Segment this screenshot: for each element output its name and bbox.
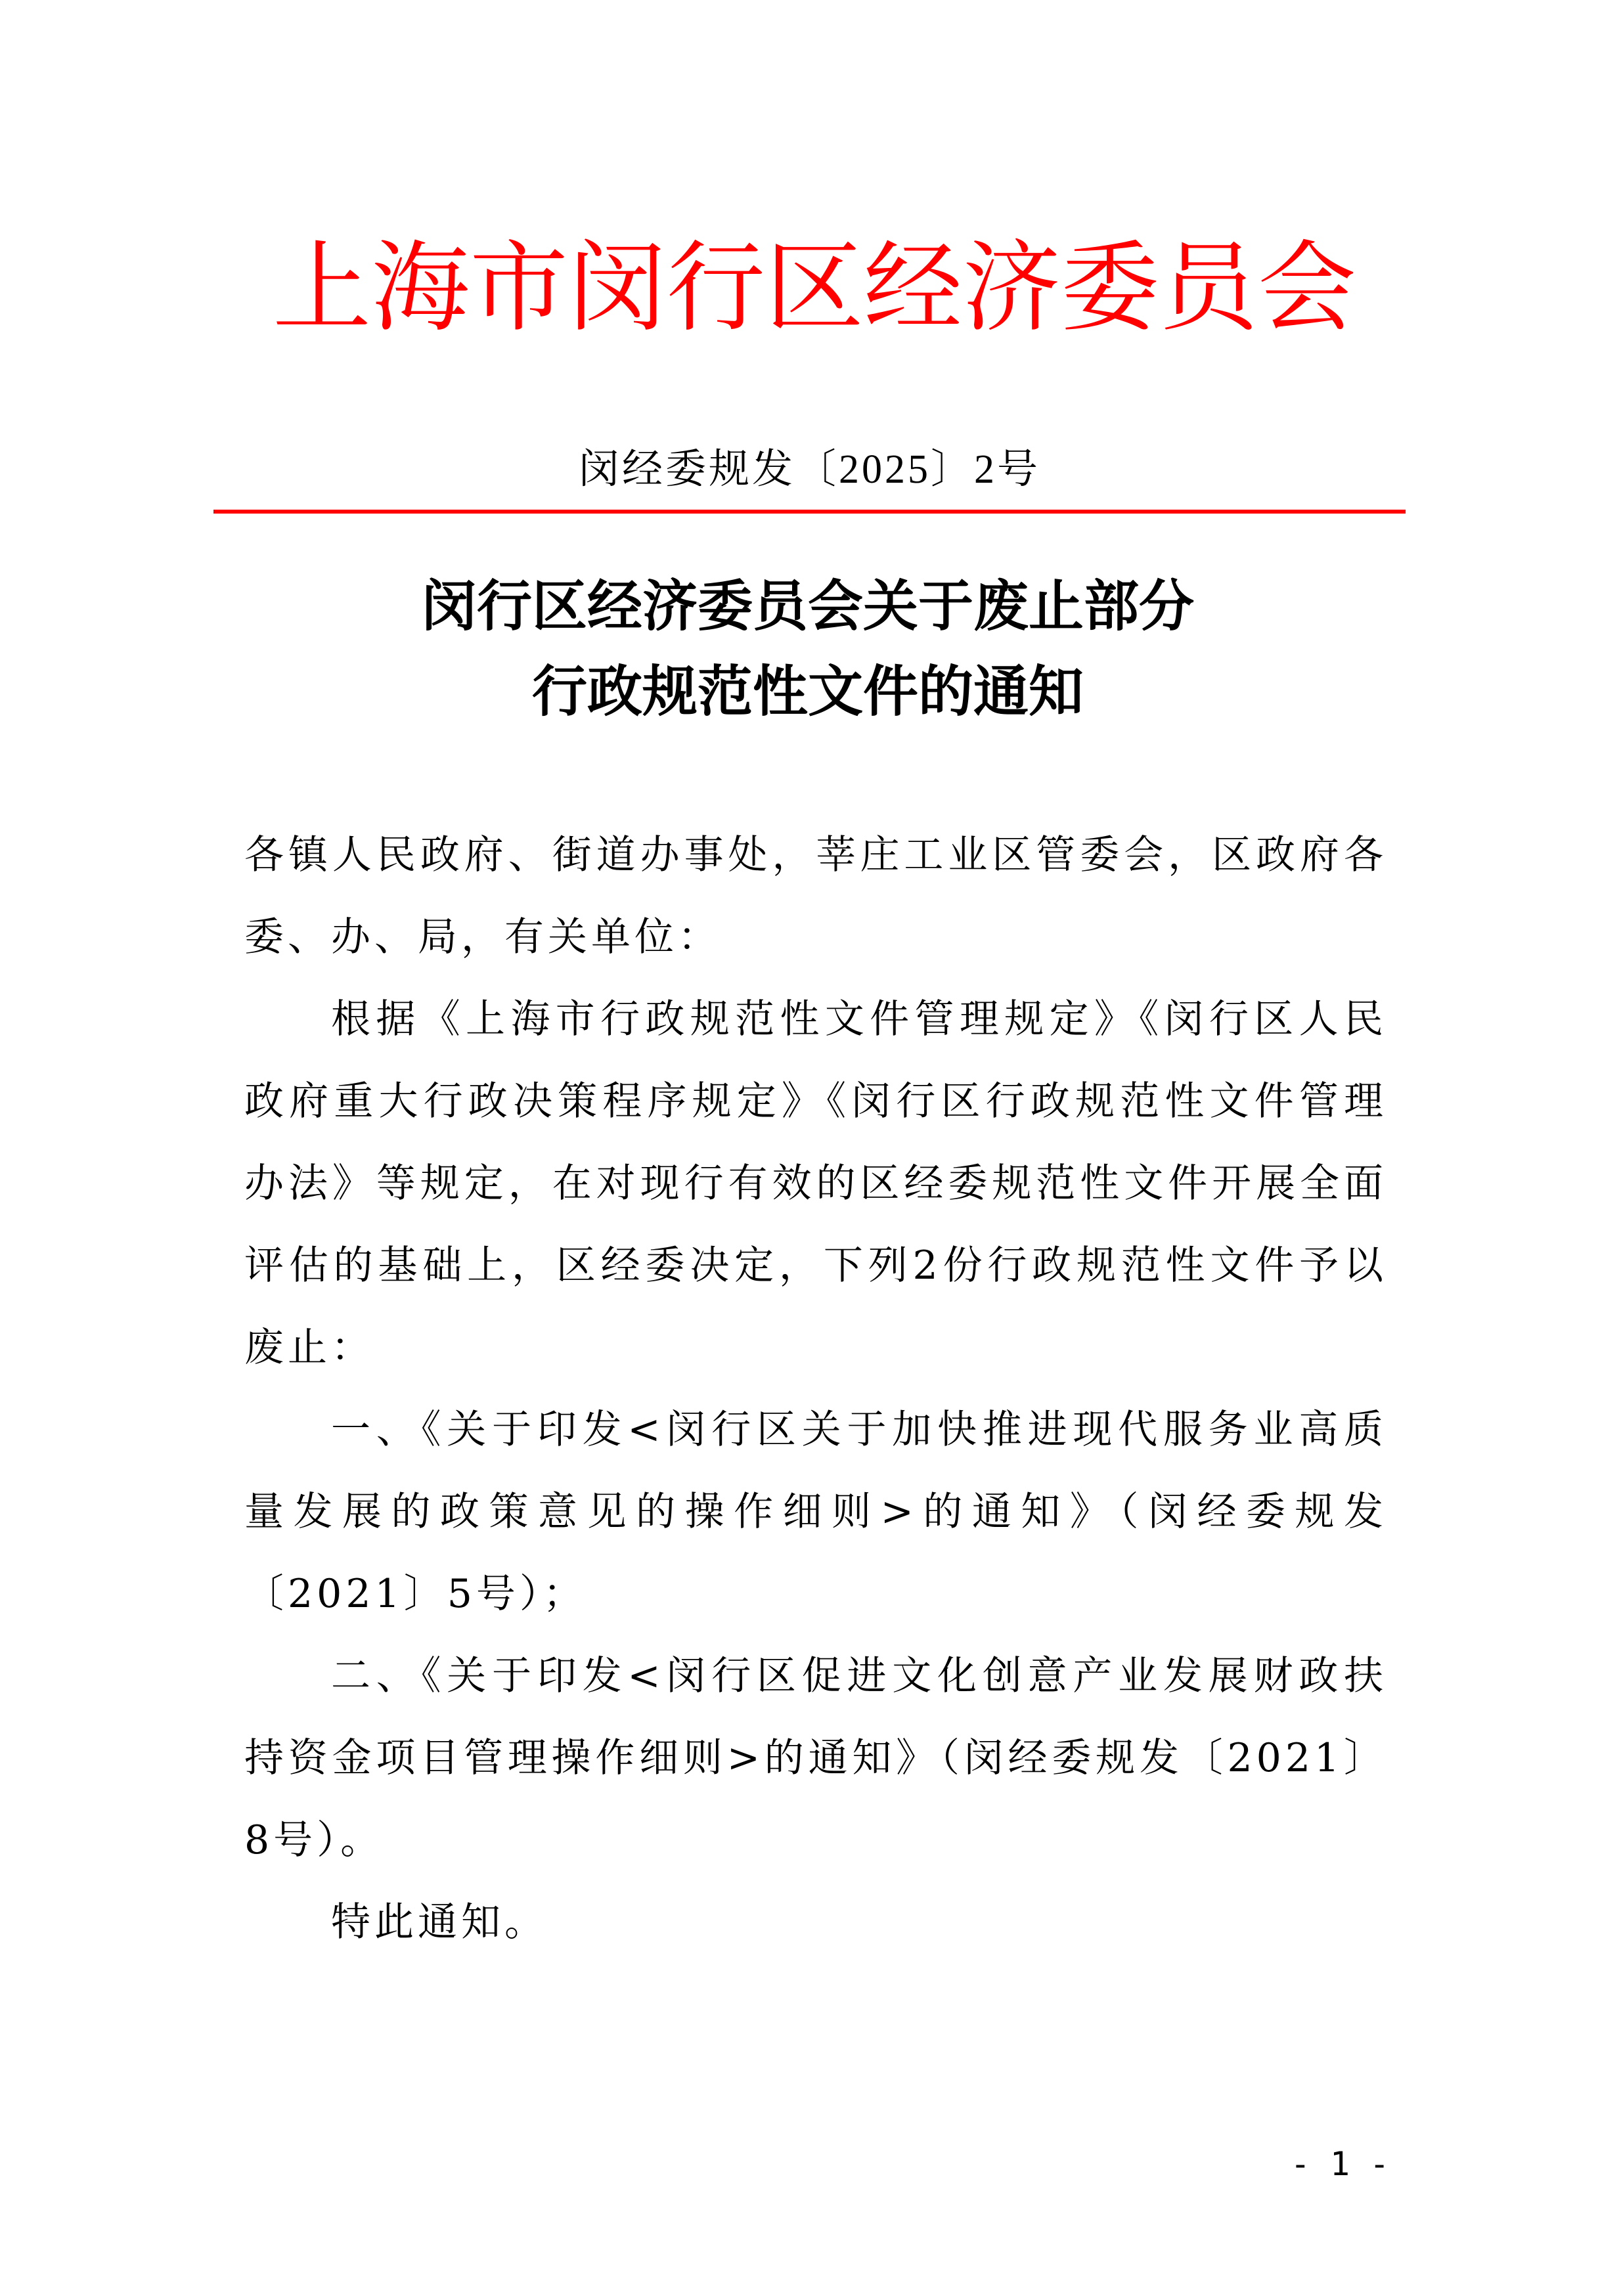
body-paragraph-item-1: 一、《关于印发<闵行区关于加快推进现代服务业高质量发展的政策意见的操作细则>的通… — [244, 1389, 1387, 1635]
title-line-2: 行政规范性文件的通知 — [217, 650, 1399, 736]
red-divider-line — [213, 510, 1406, 514]
body-paragraph-item-2: 二、《关于印发<闵行区促进文化创意产业发展财政扶持资金项目管理操作细则>的通知》… — [244, 1635, 1387, 1882]
body-paragraph-basis: 根据《上海市行政规范性文件管理规定》《闵行区人民政府重大行政决策程序规定》《闵行… — [244, 979, 1387, 1389]
body-paragraph-closing: 特此通知。 — [244, 1882, 1387, 1964]
issuer-masthead: 上海市闵行区经济委员会 — [243, 236, 1386, 342]
document-body: 各镇人民政府、街道办事处，莘庄工业区管委会，区政府各委、办、局，有关单位： 根据… — [244, 814, 1387, 1964]
addressee: 各镇人民政府、街道办事处，莘庄工业区管委会，区政府各委、办、局，有关单位： — [244, 814, 1387, 979]
document-page: 上海市闵行区经济委员会 闵经委规发〔2025〕2号 闵行区经济委员会关于废止部分… — [0, 0, 1621, 2296]
page-number: - 1 - — [1287, 2144, 1392, 2184]
title-line-1: 闵行区经济委员会关于废止部分 — [217, 565, 1399, 650]
document-title: 闵行区经济委员会关于废止部分 行政规范性文件的通知 — [217, 565, 1399, 736]
document-number: 闵经委规发〔2025〕2号 — [213, 443, 1406, 496]
